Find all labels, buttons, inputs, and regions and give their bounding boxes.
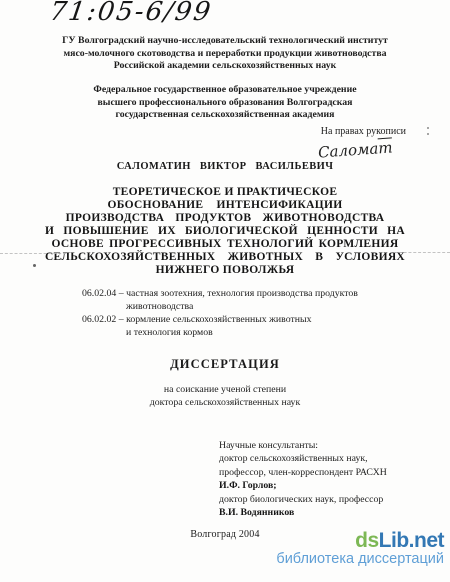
author-name: САЛОМАТИН ВИКТОР ВАСИЛЬЕВИЧ: [0, 161, 450, 172]
dslib-watermark: dsLib.net библиотека диссертаций: [276, 530, 444, 567]
degree-line: доктора сельскохозяйственных наук: [0, 396, 450, 409]
academy-line: Федеральное государственное образователь…: [0, 84, 450, 97]
document-type-heading: ДИССЕРТАЦИЯ: [0, 357, 450, 372]
degree-line: на соискание ученой степени: [0, 383, 450, 396]
title-line: ТЕОРЕТИЧЕСКОЕ И ПРАКТИЧЕСКОЕ: [0, 186, 450, 199]
institution-line: ГУ Волгоградский научно-исследовательски…: [0, 35, 450, 48]
academy-line: высшего профессионального образования Во…: [0, 97, 450, 110]
dissertation-title-page: 71:05-6/99 ГУ Волгоградский научно-иссле…: [0, 0, 450, 582]
dslib-logo-libnet: Lib.net: [379, 529, 444, 552]
scan-artifact-line: [394, 252, 450, 253]
specialty-continuation: и технология кормов: [82, 327, 358, 340]
consultant-name: В.И. Водянников: [219, 506, 387, 519]
institution-line: мясо-молочного скотоводства и переработк…: [0, 48, 450, 61]
consultant-name: И.Ф. Горлов;: [219, 479, 387, 492]
dslib-subtitle: библиотека диссертаций: [276, 552, 444, 567]
dissertation-title: ТЕОРЕТИЧЕСКОЕ И ПРАКТИЧЕСКОЕ ОБОСНОВАНИЕ…: [0, 186, 450, 277]
institution-block: ГУ Волгоградский научно-исследовательски…: [0, 35, 450, 73]
handwritten-catalog-number: 71:05-6/99: [48, 0, 214, 27]
title-line: И ПОВЫШЕНИЕ ИХ БИОЛОГИЧЕСКОЙ ЦЕННОСТИ НА: [0, 225, 450, 238]
specialty-code-line: 06.02.04 – частная зоотехния, технология…: [82, 288, 358, 301]
scan-speck: [427, 133, 429, 135]
title-line: НИЖНЕГО ПОВОЛЖЬЯ: [0, 264, 450, 277]
academy-line: государственная сельскохозяйственная ака…: [0, 109, 450, 122]
author-signature: Саломат: [318, 138, 394, 161]
title-line: СЕЛЬСКОХОЗЯЙСТВЕННЫХ ЖИВОТНЫХ В УСЛОВИЯХ: [0, 251, 450, 264]
manuscript-rights-note: На правах рукописи: [321, 126, 406, 137]
dslib-logo-ds: ds: [355, 529, 379, 552]
institution-line: Российской академии сельскохозяйственных…: [0, 60, 450, 73]
scan-speck: [427, 127, 429, 129]
dslib-logo: dsLib.net: [276, 530, 444, 551]
consultants-heading: Научные консультанты:: [219, 439, 387, 452]
consultant-degree-line: доктор биологических наук, профессор: [219, 493, 387, 506]
academy-block: Федеральное государственное образователь…: [0, 84, 450, 122]
signature-flourish: т: [378, 138, 393, 157]
specialty-continuation: животноводства: [82, 301, 358, 314]
specialties-block: 06.02.04 – частная зоотехния, технология…: [82, 288, 358, 340]
consultants-block: Научные консультанты: доктор сельскохозя…: [219, 439, 387, 519]
title-line: ОБОСНОВАНИЕ ИНТЕНСИФИКАЦИИ: [0, 199, 450, 212]
scan-speck: [33, 264, 36, 267]
signature-text: Салома: [318, 139, 379, 161]
scan-artifact-line: [0, 253, 66, 254]
title-line: ПРОИЗВОДСТВА ПРОДУКТОВ ЖИВОТНОВОДСТВА: [0, 212, 450, 225]
consultant-degree-line: профессор, член-корреспондент РАСХН: [219, 466, 387, 479]
degree-block: на соискание ученой степени доктора сель…: [0, 383, 450, 409]
consultant-degree-line: доктор сельскохозяйственных наук,: [219, 452, 387, 465]
title-line: ОСНОВЕ ПРОГРЕССИВНЫХ ТЕХНОЛОГИЙ КОРМЛЕНИ…: [0, 238, 450, 251]
specialty-code-line: 06.02.02 – кормление сельскохозяйственны…: [82, 314, 358, 327]
